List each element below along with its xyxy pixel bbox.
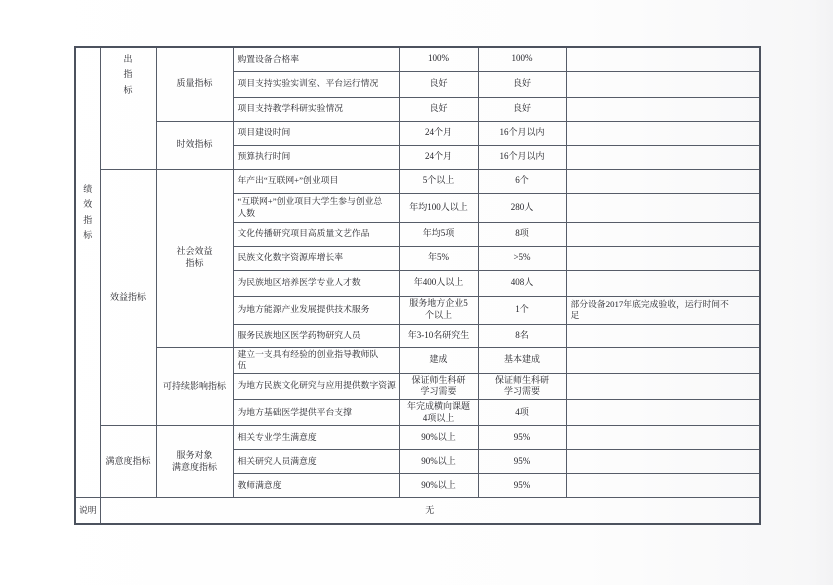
indicator-name-cell: 项目支持教学科研实验情况 [233, 97, 399, 121]
row-group-output-indicators: 出指标 [100, 47, 156, 169]
row-group-sustained-impact-indicators: 可持续影响指标 [156, 347, 233, 426]
target-value-cell: 年3-10名研究生 [399, 324, 478, 347]
indicator-name-cell: 为地方基础医学提供平台支撑 [233, 399, 399, 425]
indicator-name-cell: 建立一支具有经验的创业指导教师队 伍 [233, 347, 399, 373]
remark-cell [566, 347, 760, 373]
remark-cell [566, 47, 760, 71]
row-group-satisfaction-indicators: 满意度指标 [100, 426, 156, 498]
target-value-cell: 年5% [399, 246, 478, 270]
remark-cell [566, 71, 760, 97]
remark-cell [566, 246, 760, 270]
indicator-name-cell: 年产出“互联网+”创业项目 [233, 169, 399, 193]
actual-value-cell: 280人 [478, 193, 566, 222]
actual-value-cell: 100% [478, 47, 566, 71]
actual-value-cell: 8名 [478, 324, 566, 347]
indicator-name-cell: 教师满意度 [233, 474, 399, 498]
actual-value-cell: 8项 [478, 222, 566, 246]
remark-cell [566, 399, 760, 425]
indicator-name-cell: 为民族地区培养医学专业人才数 [233, 270, 399, 296]
target-value-cell: 良好 [399, 97, 478, 121]
indicator-name-cell: 相关专业学生满意度 [233, 426, 399, 450]
indicator-name-cell: 预算执行时间 [233, 145, 399, 169]
target-value-cell: 90%以上 [399, 450, 478, 474]
indicator-name-cell: 购置设备合格率 [233, 47, 399, 71]
remark-cell [566, 450, 760, 474]
target-value-cell: 90%以上 [399, 474, 478, 498]
notes-row: 说明 无 [75, 498, 760, 524]
actual-value-cell: 6个 [478, 169, 566, 193]
target-value-cell: 建成 [399, 347, 478, 373]
remark-cell: 部分设备2017年底完成验收，运行时间不 足 [566, 296, 760, 324]
remark-cell [566, 373, 760, 399]
row-group-benefit-indicators: 效益指标 [100, 169, 156, 426]
remark-cell [566, 426, 760, 450]
target-value-cell: 90%以上 [399, 426, 478, 450]
indicator-name-cell: 为地方能源产业发展提供技术服务 [233, 296, 399, 324]
performance-indicators-label: 绩效指标 [83, 182, 92, 243]
remark-cell [566, 270, 760, 296]
target-value-cell: 年400人以上 [399, 270, 478, 296]
indicator-name-cell: 项目支持实验实训室、平台运行情况 [233, 71, 399, 97]
target-value-cell: 年均100人以上 [399, 193, 478, 222]
indicator-name-cell: 文化传播研究项目高质量文艺作品 [233, 222, 399, 246]
remark-cell [566, 121, 760, 145]
indicator-name-cell: 相关研究人员满意度 [233, 450, 399, 474]
remark-cell [566, 193, 760, 222]
actual-value-cell: 保证师生科研 学习需要 [478, 373, 566, 399]
remark-cell [566, 474, 760, 498]
notes-label-cell: 说明 [75, 498, 100, 524]
target-value-cell: 良好 [399, 71, 478, 97]
target-value-cell: 100% [399, 47, 478, 71]
target-value-cell: 服务地方企业5 个以上 [399, 296, 478, 324]
actual-value-cell: 良好 [478, 71, 566, 97]
actual-value-cell: 4项 [478, 399, 566, 425]
remark-cell [566, 324, 760, 347]
target-value-cell: 24个月 [399, 121, 478, 145]
row-group-quality-indicators: 质量指标 [156, 47, 233, 121]
actual-value-cell: 95% [478, 426, 566, 450]
table-row: 绩效指标 出指标 质量指标 购置设备合格率 100% 100% [75, 47, 760, 71]
output-indicators-label: 出指标 [124, 52, 133, 98]
actual-value-cell: >5% [478, 246, 566, 270]
indicator-name-cell: “互联网+”创业项目大学生参与创业总 人数 [233, 193, 399, 222]
indicator-name-cell: 民族文化数字资源库增长率 [233, 246, 399, 270]
table-row: 可持续影响指标 建立一支具有经验的创业指导教师队 伍 建成 基本建成 [75, 347, 760, 373]
target-value-cell: 年均5项 [399, 222, 478, 246]
target-value-cell: 5个以上 [399, 169, 478, 193]
remark-cell [566, 169, 760, 193]
row-group-service-target-satisfaction: 服务对象 满意度指标 [156, 426, 233, 498]
table-row: 满意度指标 服务对象 满意度指标 相关专业学生满意度 90%以上 95% [75, 426, 760, 450]
actual-value-cell: 1个 [478, 296, 566, 324]
indicator-name-cell: 为地方民族文化研究与应用提供数字资源 [233, 373, 399, 399]
indicator-name-cell: 服务民族地区医学药物研究人员 [233, 324, 399, 347]
remark-cell [566, 145, 760, 169]
indicator-name-cell: 项目建设时间 [233, 121, 399, 145]
row-group-timeliness-indicators: 时效指标 [156, 121, 233, 169]
actual-value-cell: 16个月以内 [478, 145, 566, 169]
actual-value-cell: 95% [478, 474, 566, 498]
performance-indicator-table: 绩效指标 出指标 质量指标 购置设备合格率 100% 100% 项目支持实验实训… [74, 46, 761, 525]
notes-value-cell: 无 [100, 498, 760, 524]
remark-cell [566, 97, 760, 121]
actual-value-cell: 16个月以内 [478, 121, 566, 145]
row-group-performance-indicators: 绩效指标 [75, 47, 100, 498]
scanned-document-page: 绩效指标 出指标 质量指标 购置设备合格率 100% 100% 项目支持实验实训… [0, 0, 833, 585]
table-row: 时效指标 项目建设时间 24个月 16个月以内 [75, 121, 760, 145]
target-value-cell: 保证师生科研 学习需要 [399, 373, 478, 399]
actual-value-cell: 良好 [478, 97, 566, 121]
table-row: 效益指标 社会效益 指标 年产出“互联网+”创业项目 5个以上 6个 [75, 169, 760, 193]
target-value-cell: 年完成横向课题 4项以上 [399, 399, 478, 425]
remark-cell [566, 222, 760, 246]
actual-value-cell: 基本建成 [478, 347, 566, 373]
actual-value-cell: 95% [478, 450, 566, 474]
target-value-cell: 24个月 [399, 145, 478, 169]
actual-value-cell: 408人 [478, 270, 566, 296]
row-group-social-benefit-indicators: 社会效益 指标 [156, 169, 233, 347]
